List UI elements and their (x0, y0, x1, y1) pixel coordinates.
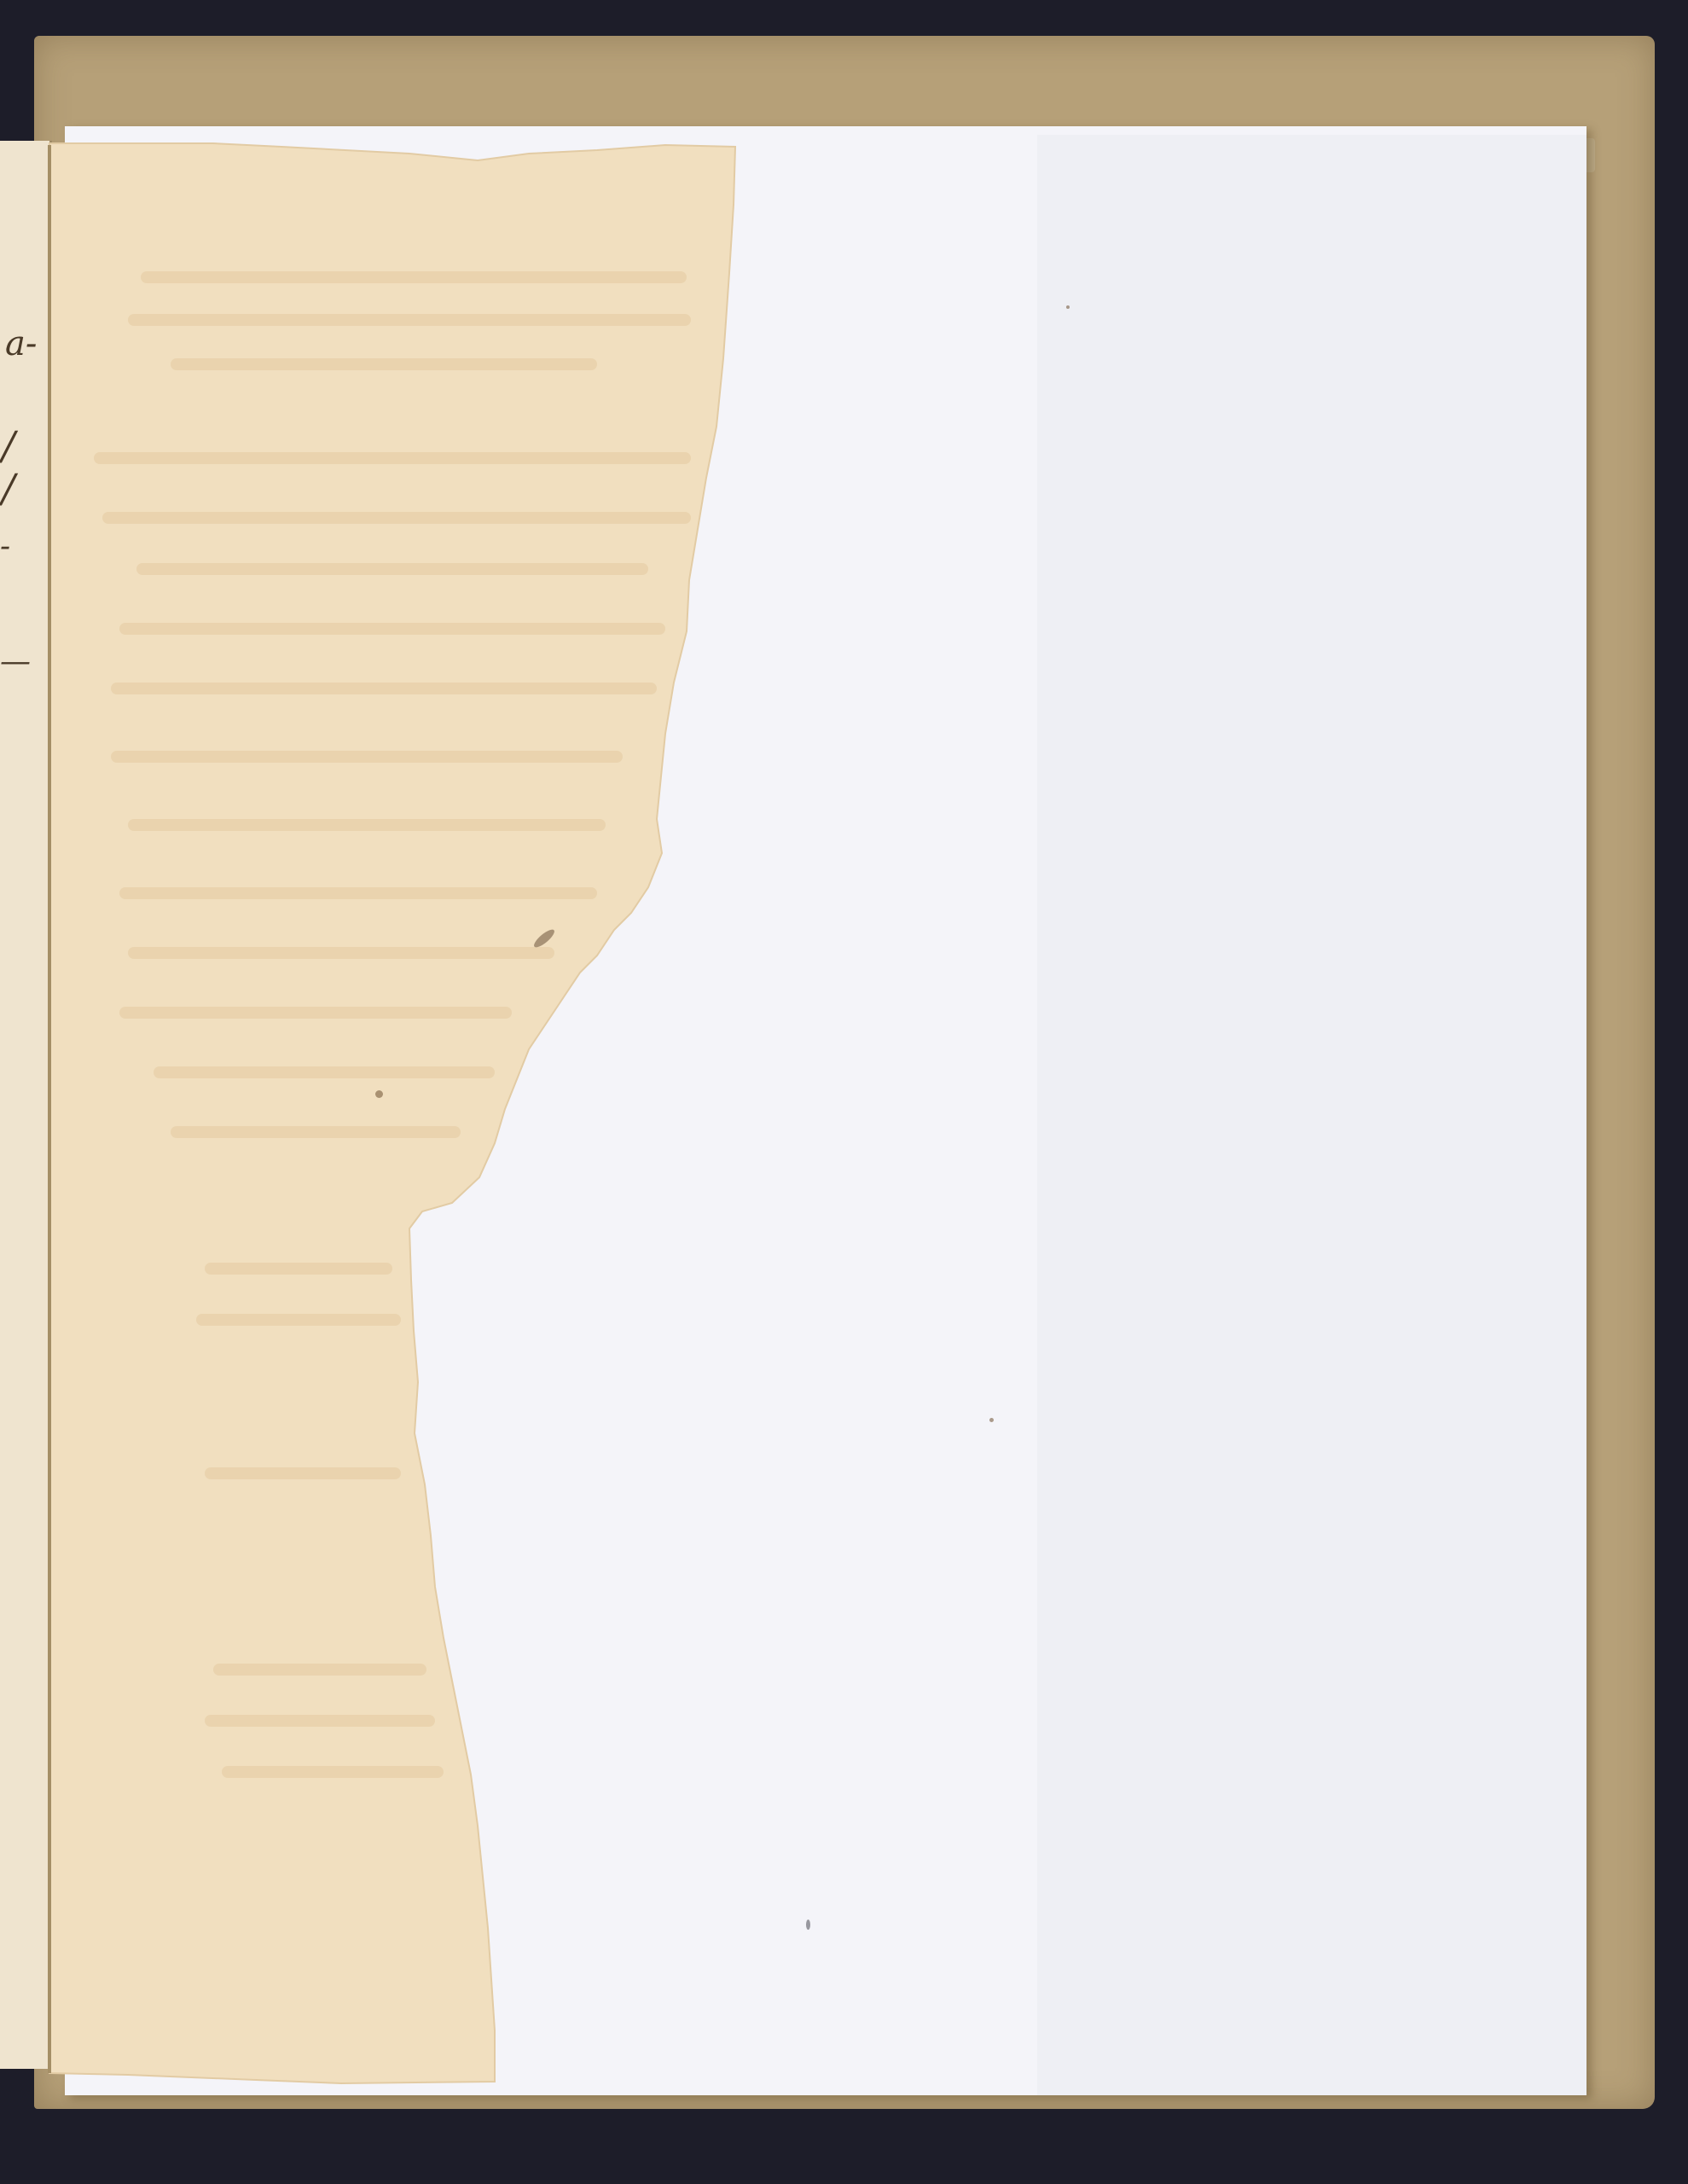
bleed-line (111, 751, 623, 763)
bleed-line (205, 1263, 392, 1275)
bleed-line (119, 1007, 512, 1019)
bleed-line (119, 887, 597, 899)
bleed-line (205, 1715, 435, 1727)
bleed-line (171, 358, 597, 370)
torn-leaf-shape (49, 143, 735, 2083)
bleed-line (154, 1066, 495, 1078)
bleed-line (111, 682, 657, 694)
bleed-line (128, 947, 554, 959)
ink-spot (989, 1418, 994, 1422)
torn-paper-fragment (0, 0, 1688, 2184)
bleed-line (136, 563, 648, 575)
bleed-line (94, 452, 691, 464)
ink-spot (375, 1090, 383, 1098)
ink-spot (1066, 305, 1070, 309)
bleed-line (213, 1664, 426, 1676)
bleed-line (119, 623, 665, 635)
bleed-line (205, 1467, 401, 1479)
bleed-line (128, 819, 606, 831)
bleed-line (196, 1314, 401, 1326)
ink-spot (806, 1920, 810, 1930)
bleed-line (171, 1126, 461, 1138)
bleed-line (141, 271, 687, 283)
bleed-line (102, 512, 691, 524)
bleed-line (222, 1766, 444, 1778)
bleed-line (128, 314, 691, 326)
